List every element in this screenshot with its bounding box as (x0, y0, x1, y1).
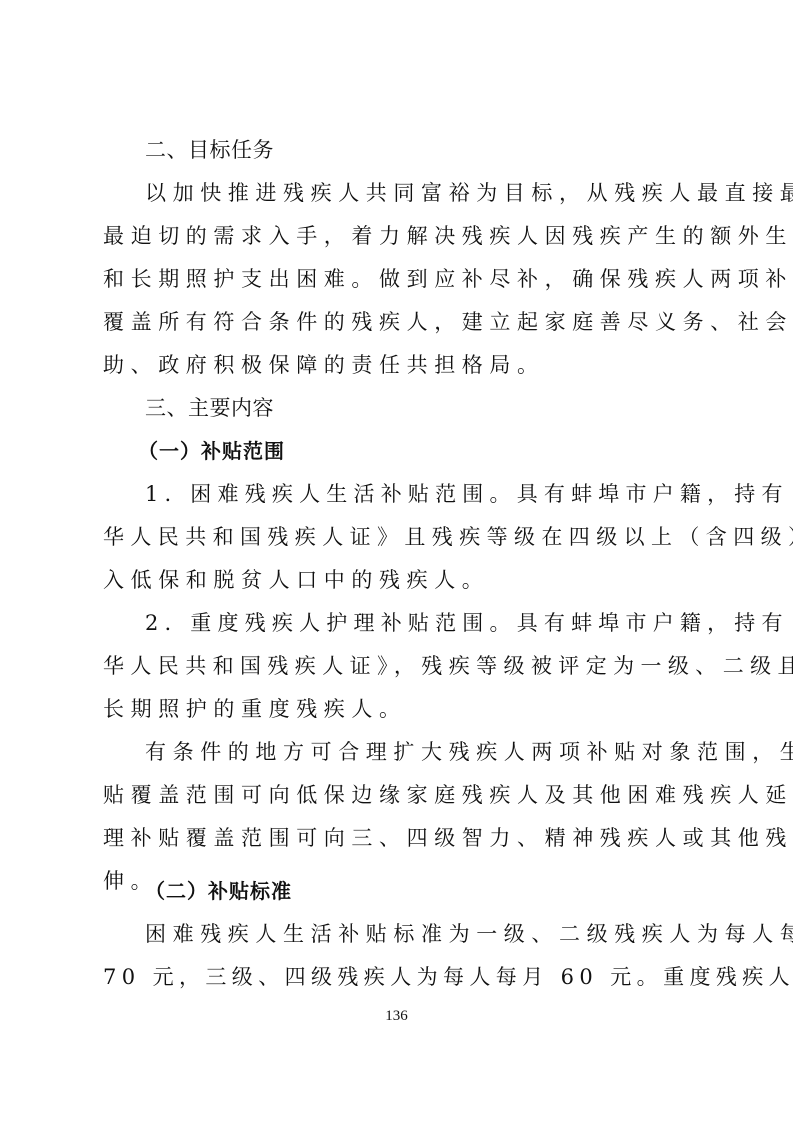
paragraph-line: 最迫切的需求入手，着力解决残疾人因残疾产生的额外生活支出 (103, 222, 703, 250)
paragraph-line: 以加快推进残疾人共同富裕为目标，从残疾人最直接最现实 (145, 179, 745, 207)
paragraph-line: 华人民共和国残疾人证》且残疾等级在四级以上（含四级），纳 (103, 523, 703, 551)
paragraph-line: 长期照护的重度残疾人。 (103, 695, 703, 723)
subsection-heading-scope: （一）补贴范围 (138, 437, 738, 465)
section-heading-goals: 二、目标任务 (145, 136, 745, 164)
paragraph-line: 困难残疾人生活补贴标准为一级、二级残疾人为每人每月 (145, 920, 745, 948)
paragraph-line: 华人民共和国残疾人证》，残疾等级被评定为一级、二级且需要 (103, 652, 703, 680)
document-page: 二、目标任务 以加快推进残疾人共同富裕为目标，从残疾人最直接最现实 最迫切的需求… (0, 0, 793, 1122)
subsection-heading-standard: （二）补贴标准 (145, 877, 745, 905)
paragraph-line: 贴覆盖范围可向低保边缘家庭残疾人及其他困难残疾人延伸，护 (103, 781, 703, 809)
paragraph-line: 和长期照护支出困难。做到应补尽补，确保残疾人两项补贴制度 (103, 265, 703, 293)
paragraph-line: 2. 重度残疾人护理补贴范围。具有蚌埠市户籍，持有《中 (145, 609, 745, 637)
section-heading-main-content: 三、主要内容 (145, 394, 745, 422)
paragraph-line: 入低保和脱贫人口中的残疾人。 (103, 566, 703, 594)
paragraph-line: 70 元，三级、四级残疾人为每人每月 60 元。重度残疾人护理补 (103, 963, 703, 991)
paragraph-line: 理补贴覆盖范围可向三、四级智力、精神残疾人或其他残疾人延 (103, 824, 703, 852)
paragraph-line: 覆盖所有符合条件的残疾人，建立起家庭善尽义务、社会积极扶 (103, 308, 703, 336)
paragraph-line: 助、政府积极保障的责任共担格局。 (103, 351, 703, 379)
paragraph-line: 有条件的地方可合理扩大残疾人两项补贴对象范围，生活补 (145, 738, 745, 766)
paragraph-line: 1. 困难残疾人生活补贴范围。具有蚌埠市户籍，持有《中 (145, 480, 745, 508)
page-number: 136 (0, 1008, 793, 1025)
